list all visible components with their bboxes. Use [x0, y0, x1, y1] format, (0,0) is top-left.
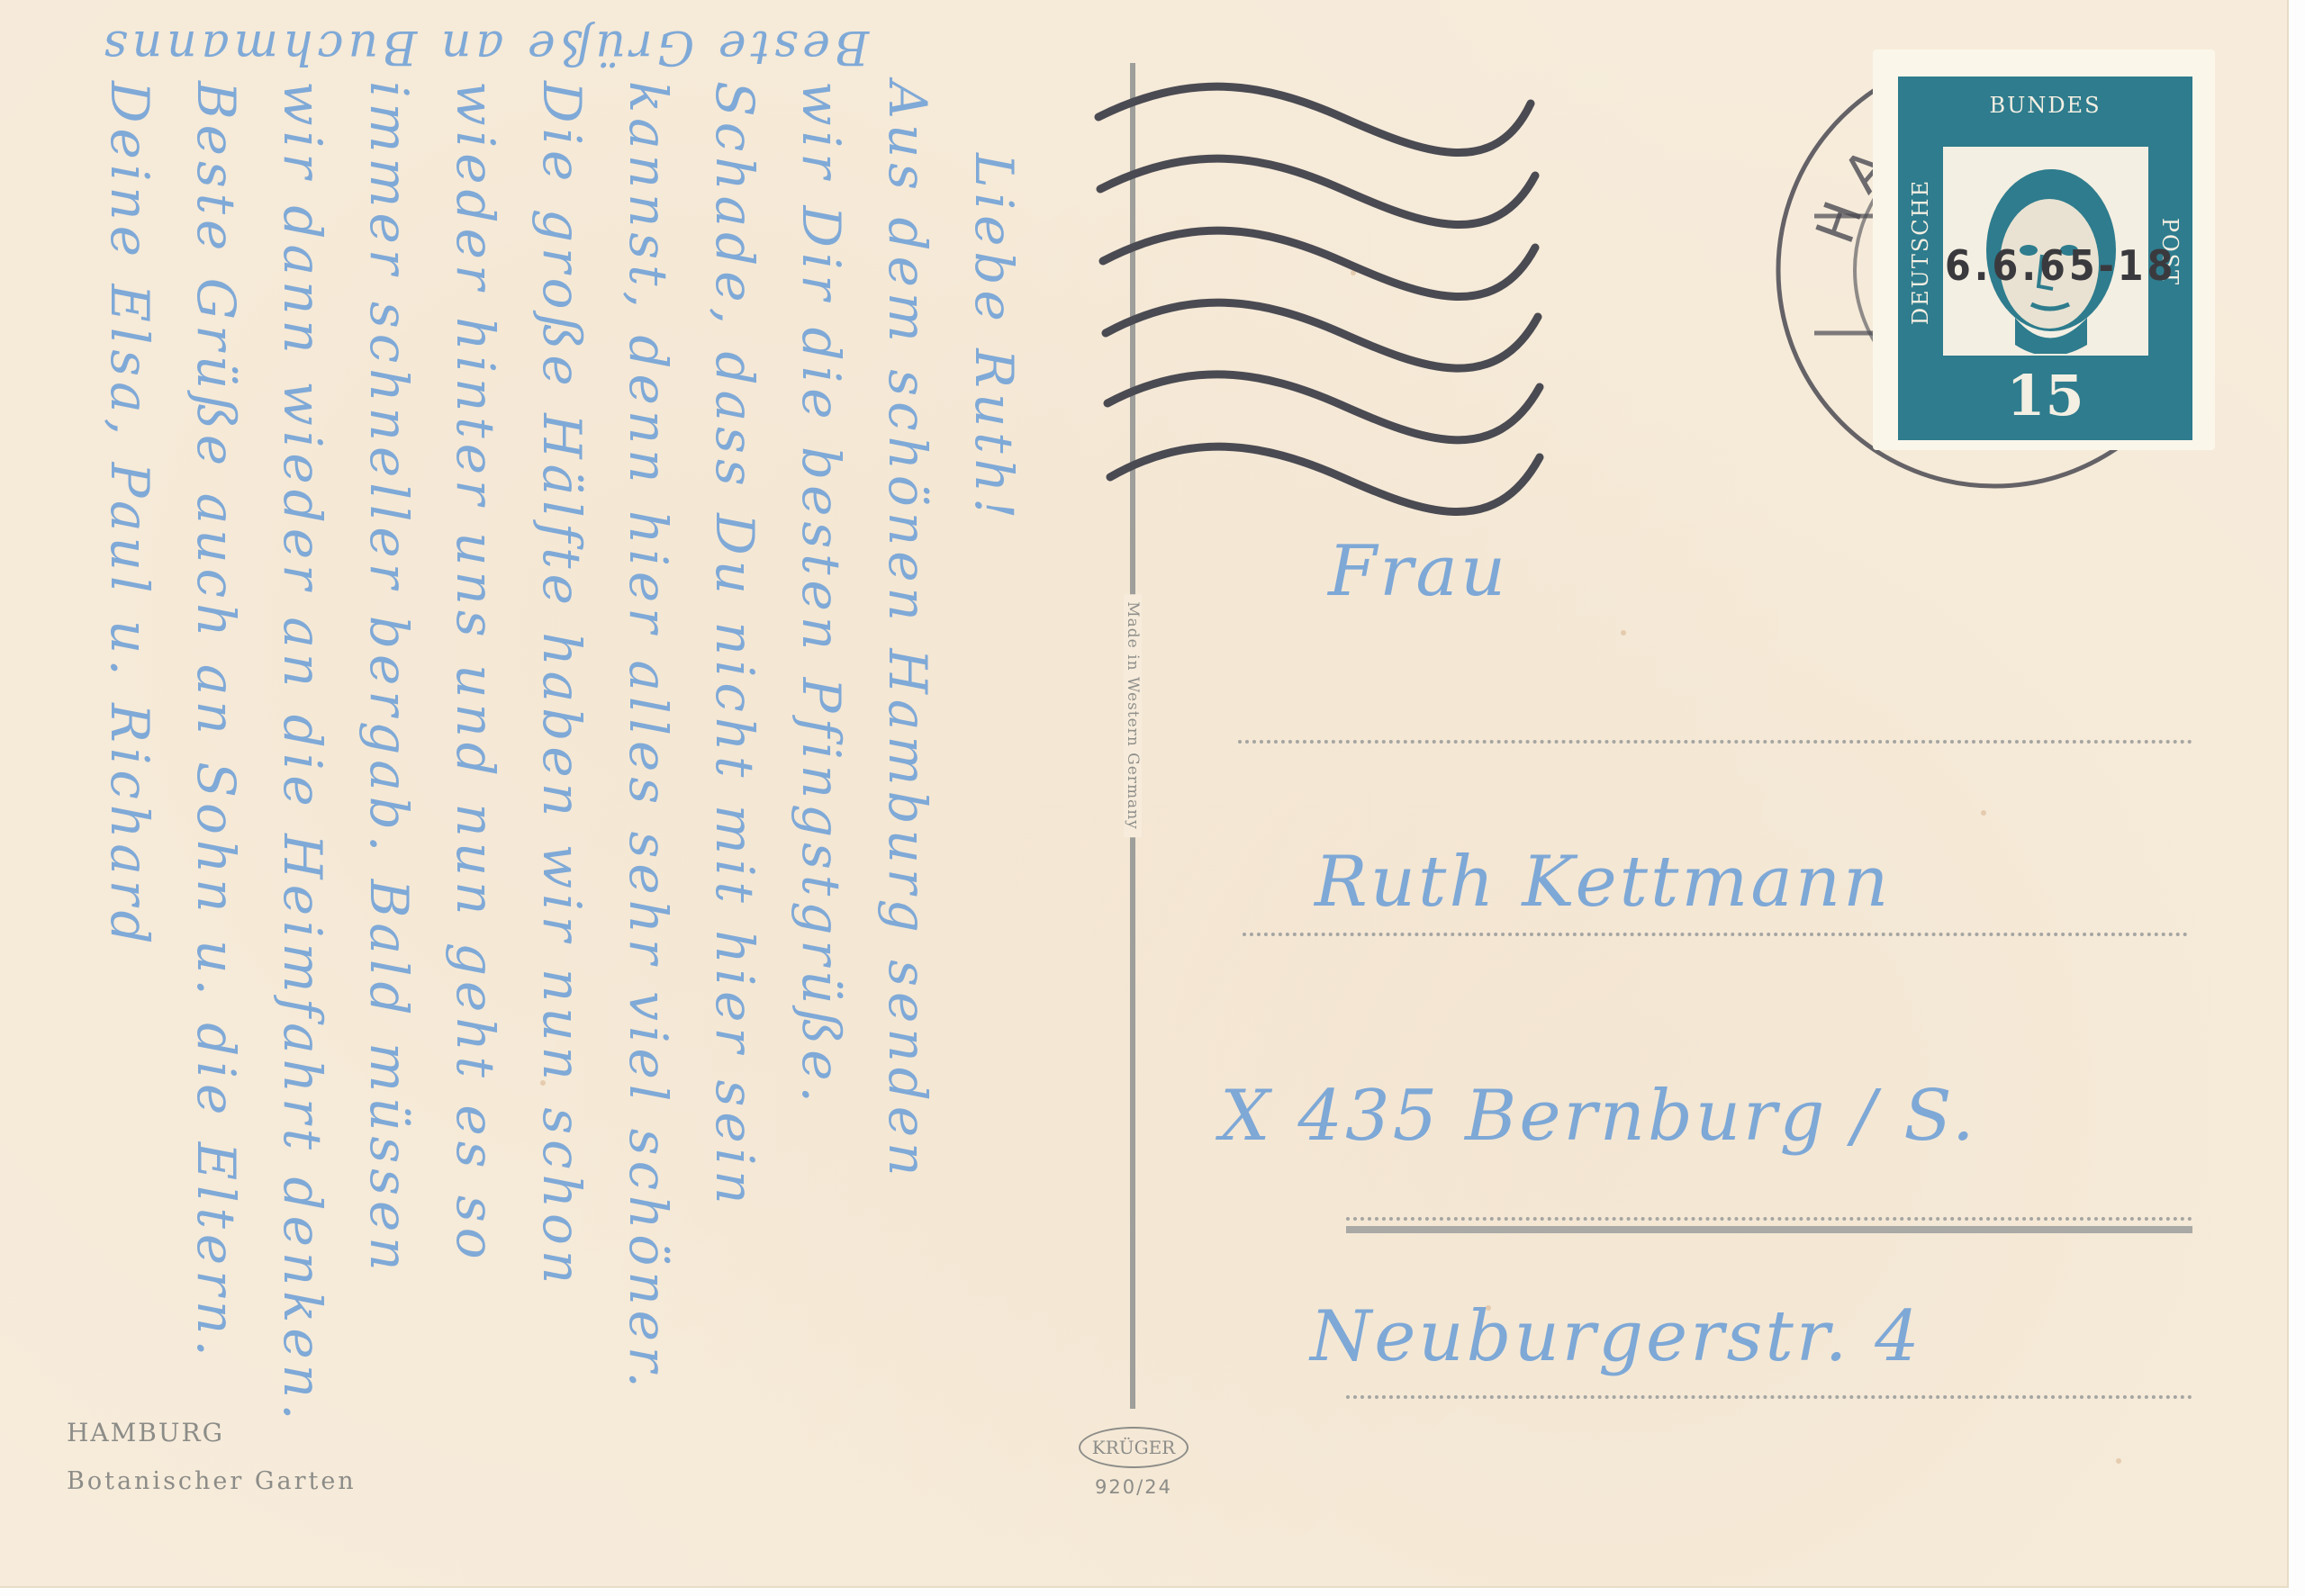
- paper-stain: [2116, 1458, 2121, 1464]
- postmark-date: 6.6.65-18: [1945, 241, 2176, 290]
- caption-subtitle: Botanischer Garten: [67, 1467, 357, 1495]
- publisher-number: 920/24: [1079, 1476, 1189, 1498]
- address-underline: [1346, 1226, 2192, 1233]
- publisher-logo: KRÜGER: [1079, 1427, 1189, 1468]
- message-line: wir Dir die besten Pfingstgrüße.: [795, 81, 847, 1108]
- address-line-1: [1238, 740, 2192, 744]
- message-line: Aus dem schönen Hamburg senden: [881, 81, 934, 1182]
- message-line: wieder hinter uns und nun geht es so: [449, 81, 502, 1265]
- message-line: Liebe Ruth!: [968, 153, 1020, 524]
- message-line: Die große Hälfte haben wir nun schon: [536, 81, 588, 1289]
- message-line: Deine Elsa, Paul u. Richard: [104, 81, 156, 950]
- handwritten-message: Liebe Ruth!Aus dem schönen Hamburg sende…: [54, 54, 1089, 1584]
- made-in-label: Made in Western Germany: [1124, 594, 1142, 837]
- wavy-cancellation-icon: [1080, 81, 1585, 531]
- message-line: immer schneller bergab. Bald müssen: [363, 81, 415, 1276]
- address-line-4: [1346, 1395, 2192, 1399]
- paper-stain: [1981, 810, 1986, 816]
- address-name: Ruth Kettmann: [1315, 842, 1891, 923]
- address-street: Neuburgerstr. 4: [1310, 1296, 1922, 1377]
- message-line: kannst, denn hier alles sehr viel schöne…: [622, 81, 674, 1393]
- caption-title: HAMBURG: [67, 1418, 224, 1447]
- stamp-left-text: DEUTSCHE: [1908, 179, 1933, 325]
- address-salutation: Frau: [1328, 531, 1508, 612]
- stamp-value: 15: [1898, 363, 2192, 428]
- address-line-3: [1346, 1217, 2192, 1221]
- postcard: Beste Grüße an Buchmanns Liebe Ruth!Aus …: [0, 0, 2289, 1588]
- stamp-top-text: BUNDES: [1898, 93, 2192, 118]
- message-line: Schade, dass Du nicht mit hier sein: [709, 81, 761, 1210]
- address-city: X 435 Bernburg / S.: [1220, 1076, 1977, 1157]
- address-line-2: [1243, 933, 2188, 936]
- message-line: wir dann wieder an die Heimfahrt denken.: [276, 81, 329, 1426]
- message-line: Beste Grüße auch an Sohn u. die Eltern.: [190, 81, 242, 1362]
- paper-stain: [1621, 630, 1626, 636]
